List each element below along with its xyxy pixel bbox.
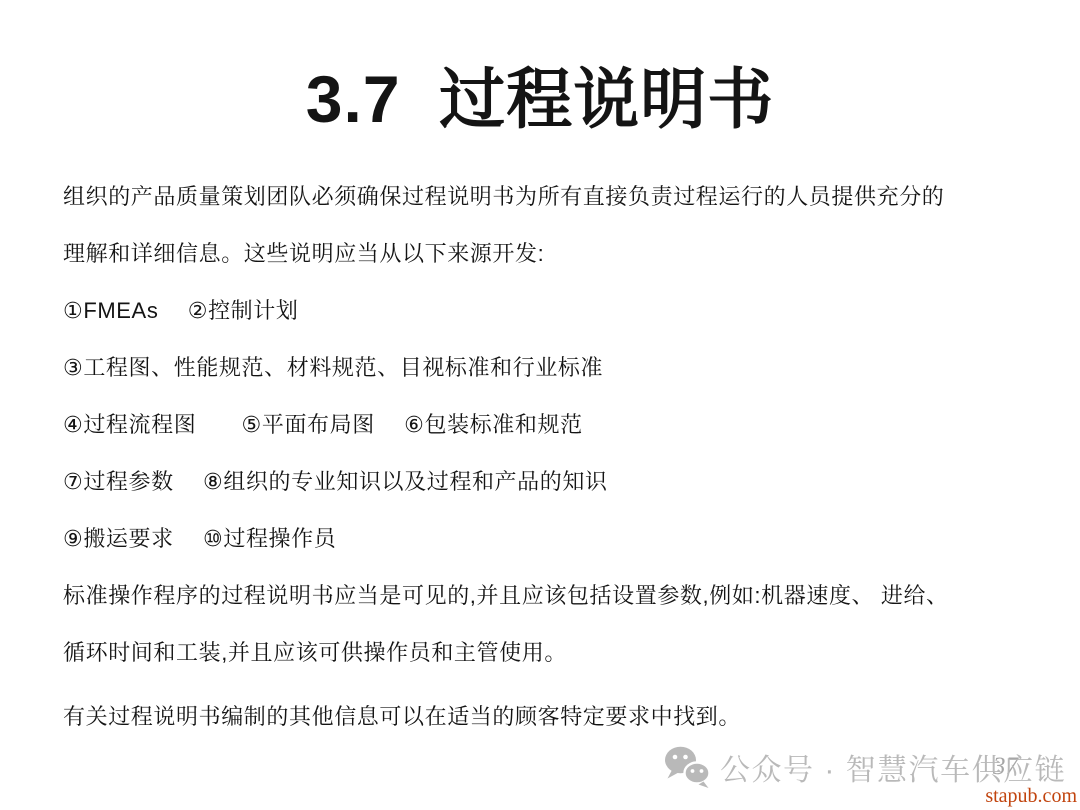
list-item-9-10: ⑨搬运要求 ⑩过程操作员 <box>63 509 1022 566</box>
footer-brand: 公众号 · 智慧汽车供应链 <box>663 745 1066 789</box>
paragraph-line-2: 理解和详细信息。这些说明应当从以下来源开发: <box>63 224 1022 281</box>
slide: 3.7 过程说明书 组织的产品质量策划团队必须确保过程说明书为所有直接负责过程运… <box>0 0 1080 810</box>
page-title: 3.7 过程说明书 <box>0 46 1080 141</box>
list-item-4-5-6: ④过程流程图 ⑤平面布局图 ⑥包装标准和规范 <box>63 395 1022 452</box>
paragraph-line-4: 循环时间和工装,并且应该可供操作员和主管使用。 <box>63 623 1022 680</box>
list-item-7-8: ⑦过程参数 ⑧组织的专业知识以及过程和产品的知识 <box>63 452 1022 509</box>
list-item-3: ③工程图、性能规范、材料规范、目视标准和行业标准 <box>63 338 1022 395</box>
paragraph-line-3: 标准操作程序的过程说明书应当是可见的,并且应该包括设置参数,例如:机器速度、 进… <box>63 566 1022 623</box>
paragraph-line-1: 组织的产品质量策划团队必须确保过程说明书为所有直接负责过程运行的人员提供充分的 <box>63 167 1022 224</box>
watermark-text: stapub.com <box>985 785 1077 808</box>
wechat-icon <box>663 745 711 789</box>
footer-brand-label: 公众号 · 智慧汽车供应链 <box>720 745 1066 789</box>
body-text: 组织的产品质量策划团队必须确保过程说明书为所有直接负责过程运行的人员提供充分的 … <box>63 167 1022 744</box>
paragraph-line-5: 有关过程说明书编制的其他信息可以在适当的顾客特定要求中找到。 <box>63 687 1022 744</box>
list-item-1-2: ①FMEAs ②控制计划 <box>63 281 1022 338</box>
